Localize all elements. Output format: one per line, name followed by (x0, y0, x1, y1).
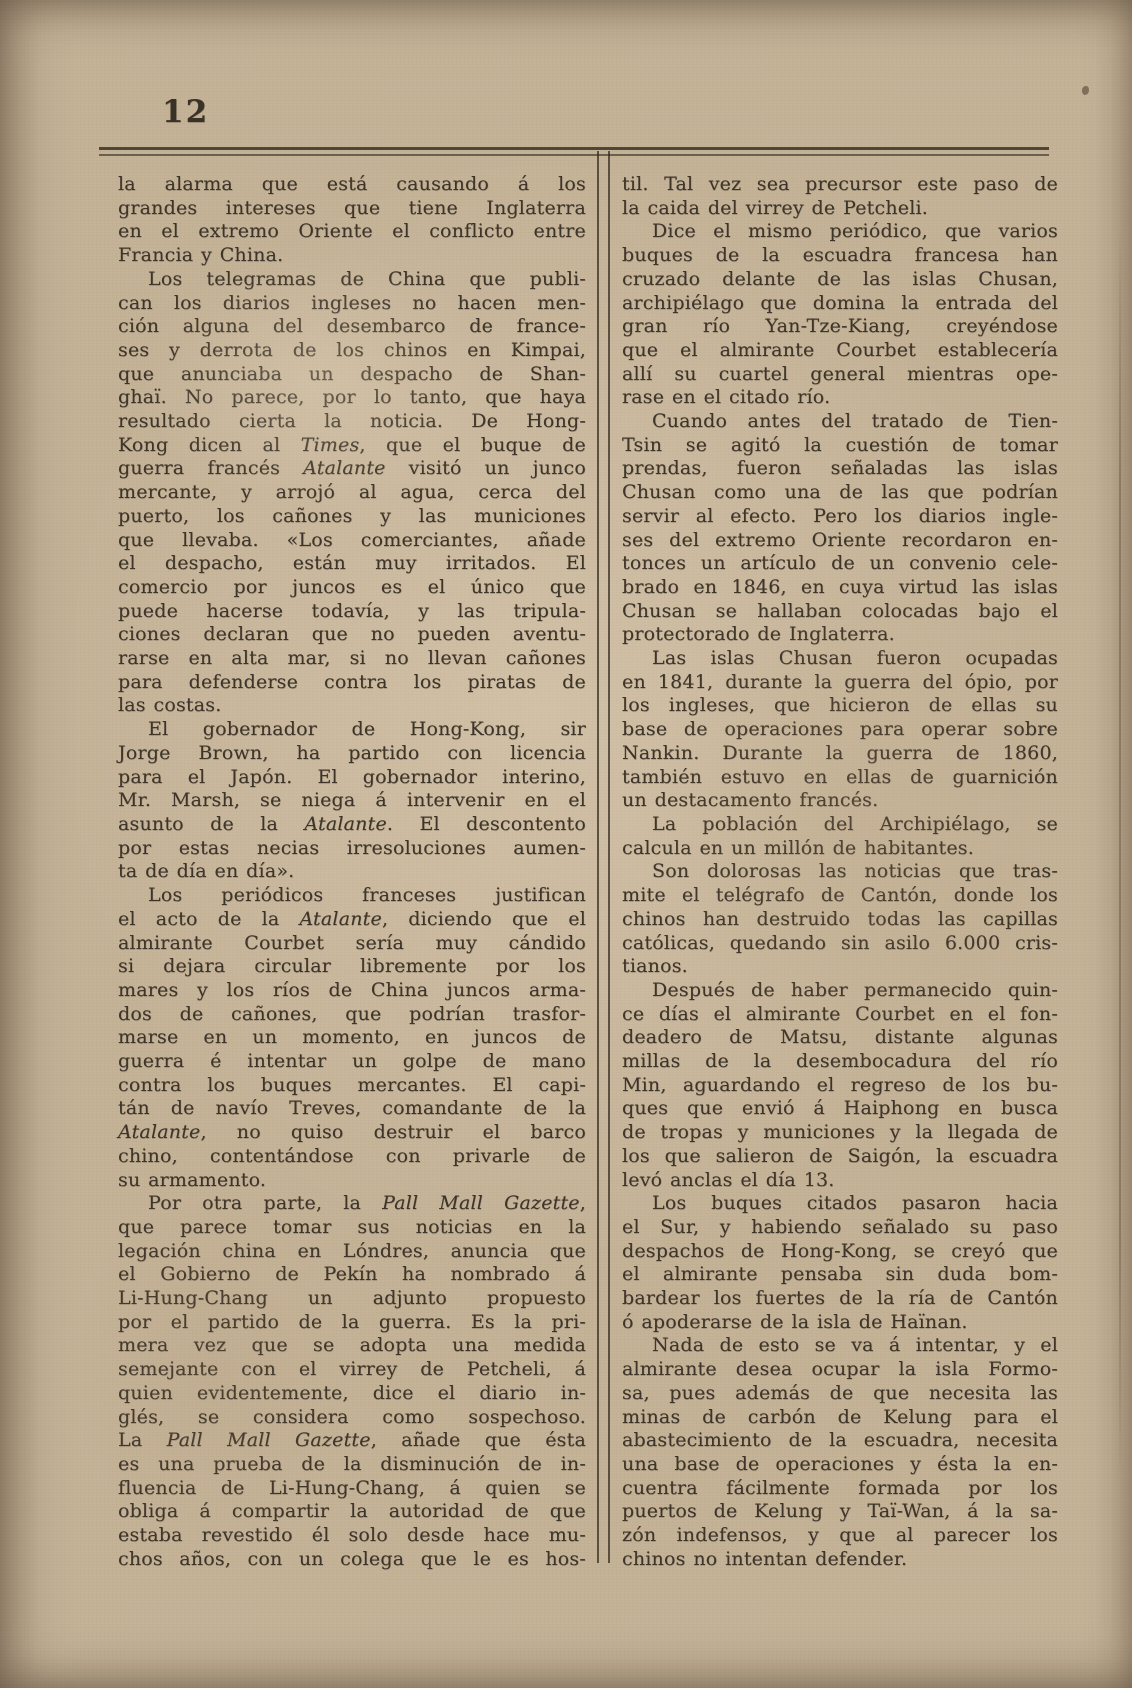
column-divider-rule (597, 151, 610, 1563)
text-line: ques que envió á Haiphong en busca (622, 1097, 1058, 1121)
text-line: Chusan se hallaban colocadas bajo el (622, 600, 1058, 624)
text-line: buques de la escuadra francesa han (622, 244, 1058, 268)
text-line: protectorado de Inglaterra. (622, 623, 1058, 647)
text-line: las costas. (118, 694, 586, 718)
text-line: zón indefensos, y que al parecer los (622, 1524, 1058, 1548)
text-line: que parece tomar sus noticias en la (118, 1216, 586, 1240)
text-line: que anunciaba un despacho de Shan- (118, 363, 586, 387)
text-line: mera vez que se adopta una medida (118, 1334, 586, 1358)
text-line: si dejara circular libremente por los (118, 955, 586, 979)
text-line: ta de día en día». (118, 860, 586, 884)
text-line: Atalante, no quiso destruir el barco (118, 1121, 586, 1145)
text-line: levó anclas el día 13. (622, 1169, 1058, 1193)
text-line: rase en el citado río. (622, 386, 1058, 410)
text-line: minas de carbón de Kelung para el (622, 1406, 1058, 1430)
text-line: puerto, los cañones y las municiones (118, 505, 586, 529)
text-line: calcula en un millón de habitantes. (622, 837, 1058, 861)
text-line: la caida del virrey de Petcheli. (622, 197, 1058, 221)
text-line: Son dolorosas las noticias que tras- (622, 860, 1058, 884)
text-line: Tsin se agitó la cuestión de tomar (622, 434, 1058, 458)
text-line: en el extremo Oriente el conflicto entre (118, 220, 586, 244)
text-line: para defenderse contra los piratas de (118, 671, 586, 695)
text-line: mares y los ríos de China juncos arma- (118, 979, 586, 1003)
text-line: tonces un artículo de un convenio cele- (622, 552, 1058, 576)
text-line: asunto de la Atalante. El descontento (118, 813, 586, 837)
text-line: el Gobierno de Pekín ha nombrado á (118, 1263, 586, 1287)
text-line: La Pall Mall Gazette, añade que ésta (118, 1429, 586, 1453)
text-line: obliga á compartir la autoridad de que (118, 1500, 586, 1524)
text-column-left: la alarma que está causando á losgrandes… (118, 173, 586, 1571)
text-line: Jorge Brown, ha partido con licencia (118, 742, 586, 766)
text-line: servir al efecto. Pero los diarios ingle… (622, 505, 1058, 529)
text-line: cruzado delante de las islas Chusan, (622, 268, 1058, 292)
text-line: para el Japón. El gobernador interino, (118, 766, 586, 790)
text-line: estaba revestido él solo desde hace mu- (118, 1524, 586, 1548)
text-line: ses y derrota de los chinos en Kimpai, (118, 339, 586, 363)
text-line: bardear los fuertes de la ría de Cantón (622, 1287, 1058, 1311)
page-number: 12 (162, 94, 209, 130)
text-line: can los diarios ingleses no hacen men- (118, 292, 586, 316)
text-line: gran río Yan-Tze-Kiang, creyéndose (622, 315, 1058, 339)
text-line: allí su cuartel general mientras ope- (622, 363, 1058, 387)
text-line: grandes intereses que tiene Inglaterra (118, 197, 586, 221)
text-line: Nankin. Durante la guerra de 1860, (622, 742, 1058, 766)
text-column-right: til. Tal vez sea precursor este paso del… (622, 173, 1058, 1571)
text-line: millas de la desembocadura del río (622, 1050, 1058, 1074)
text-line: fluencia de Li-Hung-Chang, á quien se (118, 1477, 586, 1501)
text-line: prendas, fueron señaladas las islas (622, 457, 1058, 481)
text-line: un destacamento francés. (622, 789, 1058, 813)
text-line: chino, contentándose con privarle de (118, 1145, 586, 1169)
text-line: despachos de Hong-Kong, se creyó que (622, 1240, 1058, 1264)
text-line: dos de cañones, que podrían trasfor- (118, 1003, 586, 1027)
text-line: que llevaba. «Los comerciantes, añade (118, 529, 586, 553)
text-line: glés, se considera como sospechoso. (118, 1406, 586, 1430)
text-line: almirante desea ocupar la isla Formo- (622, 1358, 1058, 1382)
text-line: que el almirante Courbet establecería (622, 339, 1058, 363)
text-line: Francia y China. (118, 244, 586, 268)
text-line: almirante Courbet sería muy cándido (118, 932, 586, 956)
text-line: brado en 1846, en cuya virtud las islas (622, 576, 1058, 600)
text-line: el Sur, y habiendo señalado su paso (622, 1216, 1058, 1240)
scanned-newspaper-page: { "page": { "number": "12", "colors": { … (0, 0, 1132, 1688)
text-line: una base de operaciones y ésta la en- (622, 1453, 1058, 1477)
text-line: ciones declaran que no pueden aventu- (118, 623, 586, 647)
text-line: Dice el mismo periódico, que varios (622, 220, 1058, 244)
text-line: el acto de la Atalante, diciendo que el (118, 908, 586, 932)
text-line: Mr. Marsh, se niega á intervenir en el (118, 789, 586, 813)
text-line: abastecimiento de la escuadra, necesita (622, 1429, 1058, 1453)
text-line: el almirante pensaba sin duda bom- (622, 1263, 1058, 1287)
text-line: Nada de esto se va á intentar, y el (622, 1334, 1058, 1358)
text-line: los ingleses, que hicieron de ellas su (622, 694, 1058, 718)
text-line: ó apoderarse de la isla de Haïnan. (622, 1311, 1058, 1335)
text-line: de tropas y municiones y la llegada de (622, 1121, 1058, 1145)
text-line: Min, aguardando el regreso de los bu- (622, 1074, 1058, 1098)
text-line: chinos han destruido todas las capillas (622, 908, 1058, 932)
text-line: til. Tal vez sea precursor este paso de (622, 173, 1058, 197)
text-line: mercante, y arrojó al agua, cerca del (118, 481, 586, 505)
text-line: base de operaciones para operar sobre (622, 718, 1058, 742)
text-line: en 1841, durante la guerra del ópio, por (622, 671, 1058, 695)
header-double-rule (99, 147, 1049, 156)
text-line: tán de navío Treves, comandante de la (118, 1097, 586, 1121)
text-line: La población del Archipiélago, se (622, 813, 1058, 837)
text-line: archipiélago que domina la entrada del (622, 292, 1058, 316)
page-fold-shadow (1119, 230, 1121, 1480)
text-line: legación china en Lóndres, anuncia que (118, 1240, 586, 1264)
text-line: por estas necias irresoluciones aumen- (118, 837, 586, 861)
text-line: Chusan como una de las que podrían (622, 481, 1058, 505)
text-line: guerra é intentar un golpe de mano (118, 1050, 586, 1074)
text-line: chinos no intentan defender. (622, 1548, 1058, 1572)
text-line: Las islas Chusan fueron ocupadas (622, 647, 1058, 671)
text-line: marse en un momento, en juncos de (118, 1026, 586, 1050)
text-line: católicas, quedando sin asilo 6.000 cris… (622, 932, 1058, 956)
text-line: semejante con el virrey de Petcheli, á (118, 1358, 586, 1382)
text-line: mite el telégrafo de Cantón, donde los (622, 884, 1058, 908)
text-line: tianos. (622, 955, 1058, 979)
text-line: quien evidentemente, dice el diario in- (118, 1382, 586, 1406)
text-line: el despacho, están muy irritados. El (118, 552, 586, 576)
text-line: Los periódicos franceses justifican (118, 884, 586, 908)
text-line: comercio por juncos es el único que (118, 576, 586, 600)
text-line: ción alguna del desembarco de france- (118, 315, 586, 339)
text-line: rarse en alta mar, si no llevan cañones (118, 647, 586, 671)
text-line: contra los buques mercantes. El capi- (118, 1074, 586, 1098)
text-line: Kong dicen al Times, que el buque de (118, 434, 586, 458)
text-line: Li-Hung-Chang un adjunto propuesto (118, 1287, 586, 1311)
text-line: sa, pues además de que necesita las (622, 1382, 1058, 1406)
text-line: por el partido de la guerra. Es la pri- (118, 1311, 586, 1335)
text-line: ce días el almirante Courbet en el fon- (622, 1003, 1058, 1027)
text-line: deadero de Matsu, distante algunas (622, 1026, 1058, 1050)
text-line: es una prueba de la disminución de in- (118, 1453, 586, 1477)
text-line: la alarma que está causando á los (118, 173, 586, 197)
text-line: ghaï. No parece, por lo tanto, que haya (118, 386, 586, 410)
text-line: también estuvo en ellas de guarnición (622, 766, 1058, 790)
text-line: chos años, con un colega que le es hos- (118, 1548, 586, 1572)
text-line: su armamento. (118, 1169, 586, 1193)
ink-speck (1082, 86, 1089, 95)
text-line: cuentra fácilmente formada por los (622, 1477, 1058, 1501)
text-line: puertos de Kelung y Taï-Wan, á la sa- (622, 1500, 1058, 1524)
text-line: El gobernador de Hong-Kong, sir (118, 718, 586, 742)
text-line: Los telegramas de China que publi- (118, 268, 586, 292)
text-line: guerra francés Atalante visitó un junco (118, 457, 586, 481)
text-line: puede hacerse todavía, y las tripula- (118, 600, 586, 624)
text-line: Los buques citados pasaron hacia (622, 1192, 1058, 1216)
text-line: los que salieron de Saigón, la escuadra (622, 1145, 1058, 1169)
text-line: Por otra parte, la Pall Mall Gazette, (118, 1192, 586, 1216)
text-line: ses del extremo Oriente recordaron en- (622, 529, 1058, 553)
text-line: Después de haber permanecido quin- (622, 979, 1058, 1003)
text-line: resultado cierta la noticia. De Hong- (118, 410, 586, 434)
text-line: Cuando antes del tratado de Tien- (622, 410, 1058, 434)
